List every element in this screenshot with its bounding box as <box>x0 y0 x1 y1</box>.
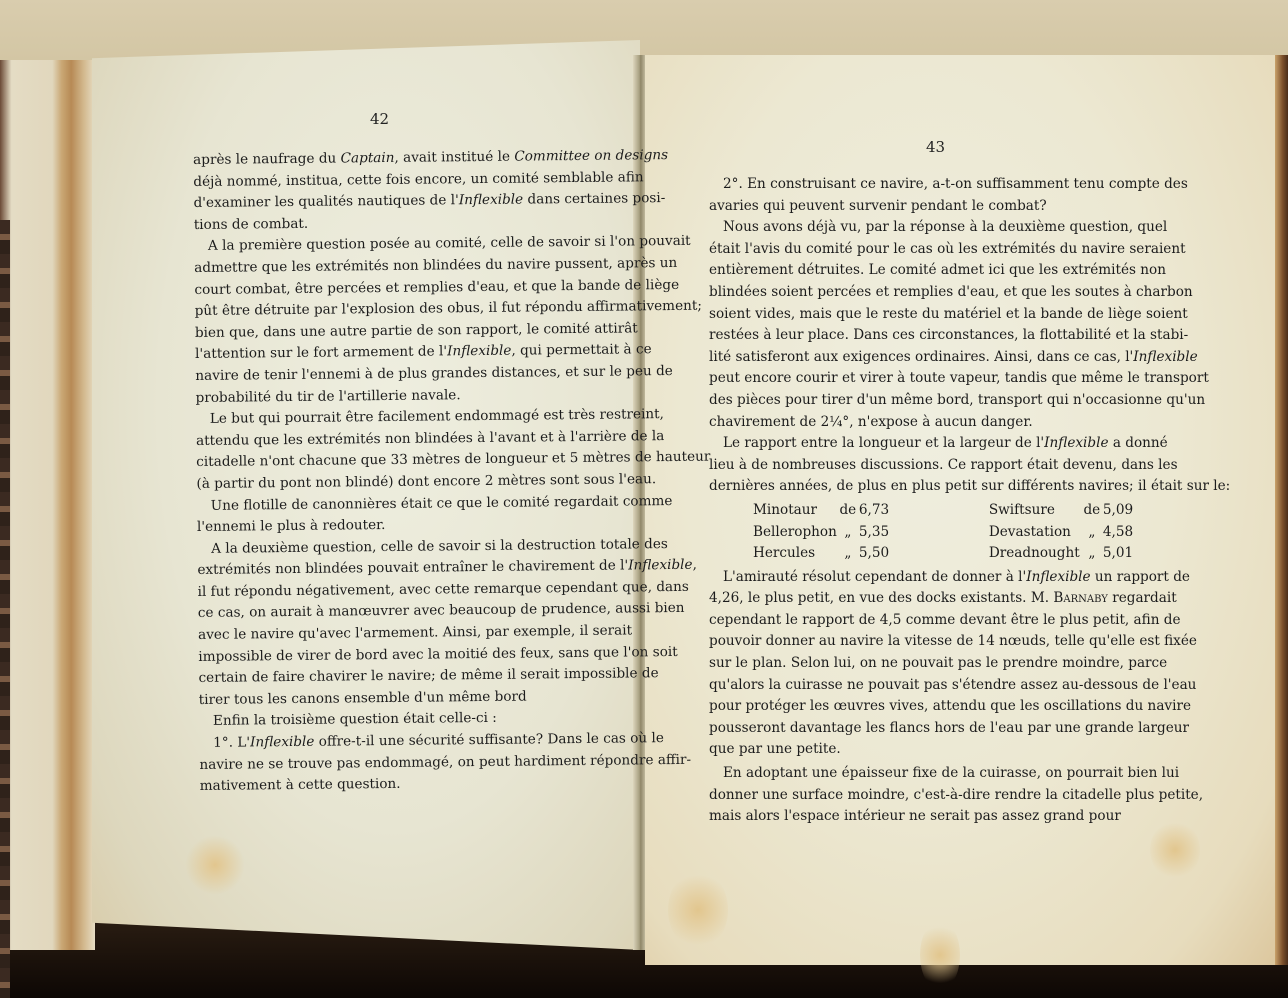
ship-name: Bellerophon <box>753 522 837 544</box>
table-row: Bellerophon „ 5,35 Devastation „ 4,58 <box>753 522 1133 544</box>
foxing-stain <box>1150 820 1200 880</box>
ship-name: Devastation <box>989 522 1081 544</box>
text-line: Le rapport entre la longueur et la large… <box>709 433 1145 455</box>
text-line: cependant le rapport de 4,5 comme devant… <box>709 610 1145 632</box>
left-page-text: après le naufrage du Captain, avait inst… <box>193 146 613 798</box>
foxing-stain <box>920 920 960 990</box>
foxing-stain <box>668 870 728 950</box>
text-line: donner une surface moindre, c'est-à-dire… <box>709 785 1145 807</box>
ship-name: Hercules <box>753 543 837 565</box>
text-line: Nous avons déjà vu, par la réponse à la … <box>709 217 1145 239</box>
text-line: 4,26, le plus petit, en vue des docks ex… <box>709 588 1145 610</box>
cover-edge <box>0 220 10 998</box>
ship-ratio-table: Minotaur de 6,73 Swiftsure de 5,09 Belle… <box>753 500 1133 565</box>
ratio-value: 5,09 <box>1103 500 1133 522</box>
page-number-left: 42 <box>370 110 389 128</box>
text-line: pousseront davantage les flancs hors de … <box>709 718 1145 740</box>
text-line: restées à leur place. Dans ces circonsta… <box>709 325 1145 347</box>
ditto-mark: „ <box>1081 543 1103 565</box>
text-line: blindées soient percées et remplies d'ea… <box>709 282 1145 304</box>
ditto-mark: „ <box>1081 522 1103 544</box>
text-line: lieu à de nombreuses discussions. Ce rap… <box>709 455 1145 477</box>
text-line: qu'alors la cuirasse ne pouvait pas s'ét… <box>709 675 1145 697</box>
ditto-mark: „ <box>837 543 859 565</box>
page-number-right: 43 <box>926 138 945 156</box>
text-line: que par une petite. <box>709 739 1145 761</box>
text-line: En adoptant une épaisseur fixe de la cui… <box>709 763 1145 785</box>
ditto-mark: de <box>1081 500 1103 522</box>
text-line: 2°. En construisant ce navire, a-t-on su… <box>709 174 1145 196</box>
ship-name: Dreadnought <box>989 543 1081 565</box>
right-page-text: 2°. En construisant ce navire, a-t-on su… <box>709 174 1145 828</box>
ratio-value: 5,35 <box>859 522 989 544</box>
text-line: navire de tenir l'ennemi à de plus grand… <box>195 362 608 388</box>
text-line: pouvoir donner au navire la vitesse de 1… <box>709 631 1145 653</box>
text-line: Une flotille de canonnières était ce que… <box>197 491 610 517</box>
page-edge-right <box>1275 55 1288 965</box>
text-line: navire ne se trouve pas endommagé, on pe… <box>199 750 612 776</box>
ditto-mark: de <box>837 500 859 522</box>
ship-name: Minotaur <box>753 500 837 522</box>
right-text-part-a: 2°. En construisant ce navire, a-t-on su… <box>709 174 1145 498</box>
text-line: pour protéger les œuvres vives, attendu … <box>709 696 1145 718</box>
text-line: dernières années, de plus en plus petit … <box>709 476 1145 498</box>
text-line: peut encore courir et virer à toute vape… <box>709 368 1145 390</box>
ship-name: Swiftsure <box>989 500 1081 522</box>
foxing-stain <box>185 835 245 895</box>
page-edge-stack-left <box>0 60 95 950</box>
table-row: Minotaur de 6,73 Swiftsure de 5,09 <box>753 500 1133 522</box>
text-line: L'amirauté résolut cependant de donner à… <box>709 567 1145 589</box>
text-line: était l'avis du comité pour le cas où le… <box>709 239 1145 261</box>
ratio-value: 5,50 <box>859 543 989 565</box>
text-line: sur le plan. Selon lui, on ne pouvait pa… <box>709 653 1145 675</box>
table-row: Hercules „ 5,50 Dreadnought „ 5,01 <box>753 543 1133 565</box>
text-line: lité satisferont aux exigences ordinaire… <box>709 347 1145 369</box>
text-line: mativement à cette question. <box>200 772 613 798</box>
text-line: avaries qui peuvent survenir pendant le … <box>709 196 1145 218</box>
ratio-value: 5,01 <box>1103 543 1133 565</box>
book-cover-top <box>0 0 1288 60</box>
text-line: entièrement détruites. Le comité admet i… <box>709 260 1145 282</box>
text-line: chavirement de 2¼°, n'expose à aucun dan… <box>709 412 1145 434</box>
ditto-mark: „ <box>837 522 859 544</box>
ratio-value: 6,73 <box>859 500 989 522</box>
text-line: des pièces pour tirer d'un même bord, tr… <box>709 390 1145 412</box>
ratio-value: 4,58 <box>1103 522 1133 544</box>
text-line: certain de faire chavirer le navire; de … <box>198 664 611 690</box>
right-text-part-b: L'amirauté résolut cependant de donner à… <box>709 567 1145 828</box>
text-line: mais alors l'espace intérieur ne serait … <box>709 806 1145 828</box>
text-line: d'examiner les qualités nautiques de l'I… <box>193 189 606 215</box>
text-line: soient vides, mais que le reste du matér… <box>709 304 1145 326</box>
